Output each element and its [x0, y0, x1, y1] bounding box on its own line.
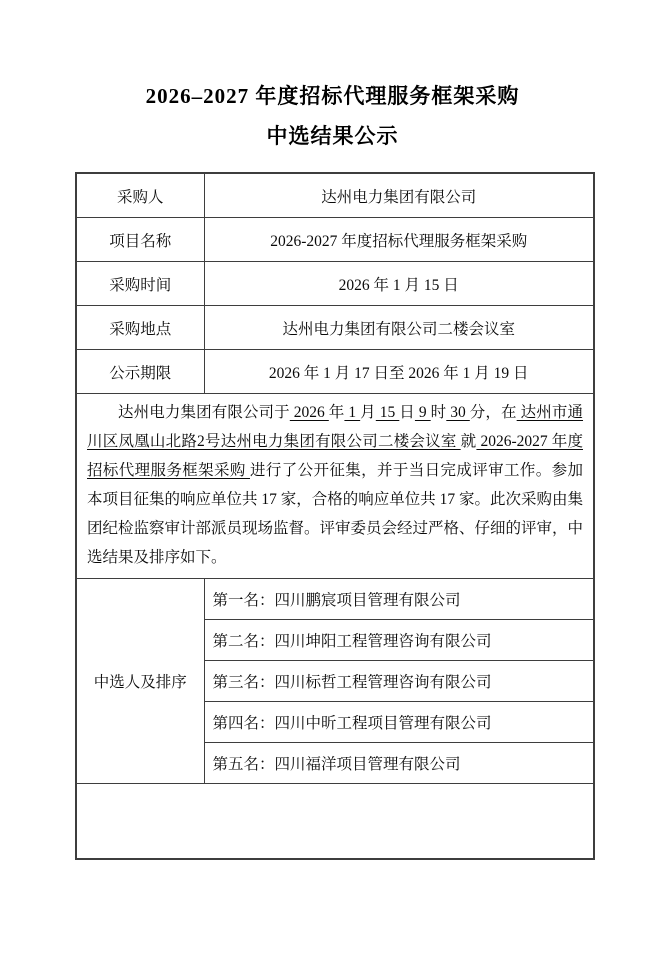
paragraph-segment: 就: [461, 433, 477, 450]
info-label-procurement-place: 采购地点: [76, 306, 204, 350]
announcement-paragraph: 达州电力集团有限公司于 2026 年 1 月 15 日 9 时 30 分，在 达…: [87, 398, 583, 572]
info-value-procurement-place: 达州电力集团有限公司二楼会议室: [204, 306, 594, 350]
info-label-purchaser: 采购人: [76, 173, 204, 218]
document-title: 2026–2027 年度招标代理服务框架采购 中选结果公示: [0, 0, 665, 156]
info-row-purchaser: 采购人 达州电力集团有限公司: [76, 173, 594, 218]
procurement-result-table: 采购人 达州电力集团有限公司 项目名称 2026-2027 年度招标代理服务框架…: [75, 172, 595, 860]
paragraph-segment: 日: [399, 404, 415, 421]
info-value-publicity-period: 2026 年 1 月 17 日至 2026 年 1 月 19 日: [204, 350, 594, 394]
paragraph-segment: 达州电力集团有限公司于: [118, 404, 290, 421]
empty-cell: [76, 784, 594, 860]
info-label-publicity-period: 公示期限: [76, 350, 204, 394]
paragraph-segment: 时: [431, 404, 447, 421]
info-value-project-name: 2026-2027 年度招标代理服务框架采购: [204, 218, 594, 262]
winner-entry-4: 第四名：四川中昕工程项目管理有限公司: [204, 702, 594, 743]
paragraph-segment: 年: [329, 404, 345, 421]
winner-row-1: 中选人及排序 第一名：四川鹏宸项目管理有限公司: [76, 579, 594, 620]
info-label-procurement-time: 采购时间: [76, 262, 204, 306]
info-value-procurement-time: 2026 年 1 月 15 日: [204, 262, 594, 306]
paragraph-segment-underlined: 15: [376, 404, 400, 421]
document-page: 2026–2027 年度招标代理服务框架采购 中选结果公示 采购人 达州电力集团…: [0, 0, 665, 963]
document-title-line1: 2026–2027 年度招标代理服务框架采购: [0, 76, 665, 116]
winner-entry-1: 第一名：四川鹏宸项目管理有限公司: [204, 579, 594, 620]
info-value-purchaser: 达州电力集团有限公司: [204, 173, 594, 218]
document-title-line2: 中选结果公示: [0, 116, 665, 156]
paragraph-segment-underlined: 30: [446, 404, 470, 421]
info-row-project-name: 项目名称 2026-2027 年度招标代理服务框架采购: [76, 218, 594, 262]
paragraph-segment: 分，在: [470, 404, 517, 421]
empty-bottom-row: [76, 784, 594, 860]
announcement-paragraph-row: 达州电力集团有限公司于 2026 年 1 月 15 日 9 时 30 分，在 达…: [76, 394, 594, 579]
info-row-publicity-period: 公示期限 2026 年 1 月 17 日至 2026 年 1 月 19 日: [76, 350, 594, 394]
paragraph-segment-underlined: 1: [344, 404, 360, 421]
info-label-project-name: 项目名称: [76, 218, 204, 262]
info-row-procurement-place: 采购地点 达州电力集团有限公司二楼会议室: [76, 306, 594, 350]
paragraph-segment: 月: [360, 404, 376, 421]
winner-entry-5: 第五名：四川福洋项目管理有限公司: [204, 743, 594, 784]
paragraph-segment-underlined: 2026: [290, 404, 329, 421]
info-row-procurement-time: 采购时间 2026 年 1 月 15 日: [76, 262, 594, 306]
winners-rank-label: 中选人及排序: [76, 579, 204, 784]
winner-entry-3: 第三名：四川标哲工程管理咨询有限公司: [204, 661, 594, 702]
paragraph-segment-underlined: 9: [415, 404, 431, 421]
winner-entry-2: 第二名：四川坤阳工程管理咨询有限公司: [204, 620, 594, 661]
announcement-paragraph-cell: 达州电力集团有限公司于 2026 年 1 月 15 日 9 时 30 分，在 达…: [76, 394, 594, 579]
